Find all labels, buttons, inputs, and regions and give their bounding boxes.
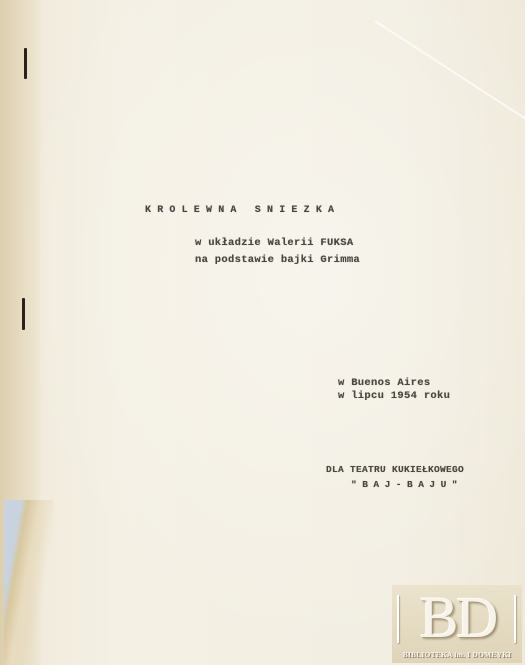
theater-name: "BAJ-BAJU" xyxy=(351,479,463,490)
staple-icon xyxy=(24,48,27,79)
logo-bar-left xyxy=(397,595,399,643)
paper-fold-crease xyxy=(374,20,525,131)
logo-monogram: BD xyxy=(410,587,506,649)
logo-caption: BIBLIOTEKA im. I DOMEYKI xyxy=(392,650,522,659)
place-line: w Buenos Aires xyxy=(338,377,430,389)
typescript-page: KROLEWNA SNIEZKA w układzie Walerii FUKS… xyxy=(0,0,525,665)
library-watermark-logo: BD BIBLIOTEKA im. I DOMEYKI xyxy=(392,585,522,663)
subtitle-line: na podstawie bajki Grimma xyxy=(195,254,360,266)
document-title: KROLEWNA SNIEZKA xyxy=(145,205,340,216)
dedication-line: DLA TEATRU KUKIEŁKOWEGO xyxy=(326,464,464,475)
date-line: w lipcu 1954 roku xyxy=(338,390,450,402)
logo-bar-right xyxy=(514,595,516,643)
staple-icon xyxy=(22,298,25,330)
subtitle-line: w układzie Walerii FUKSA xyxy=(195,237,353,249)
torn-page-edge xyxy=(4,500,54,665)
